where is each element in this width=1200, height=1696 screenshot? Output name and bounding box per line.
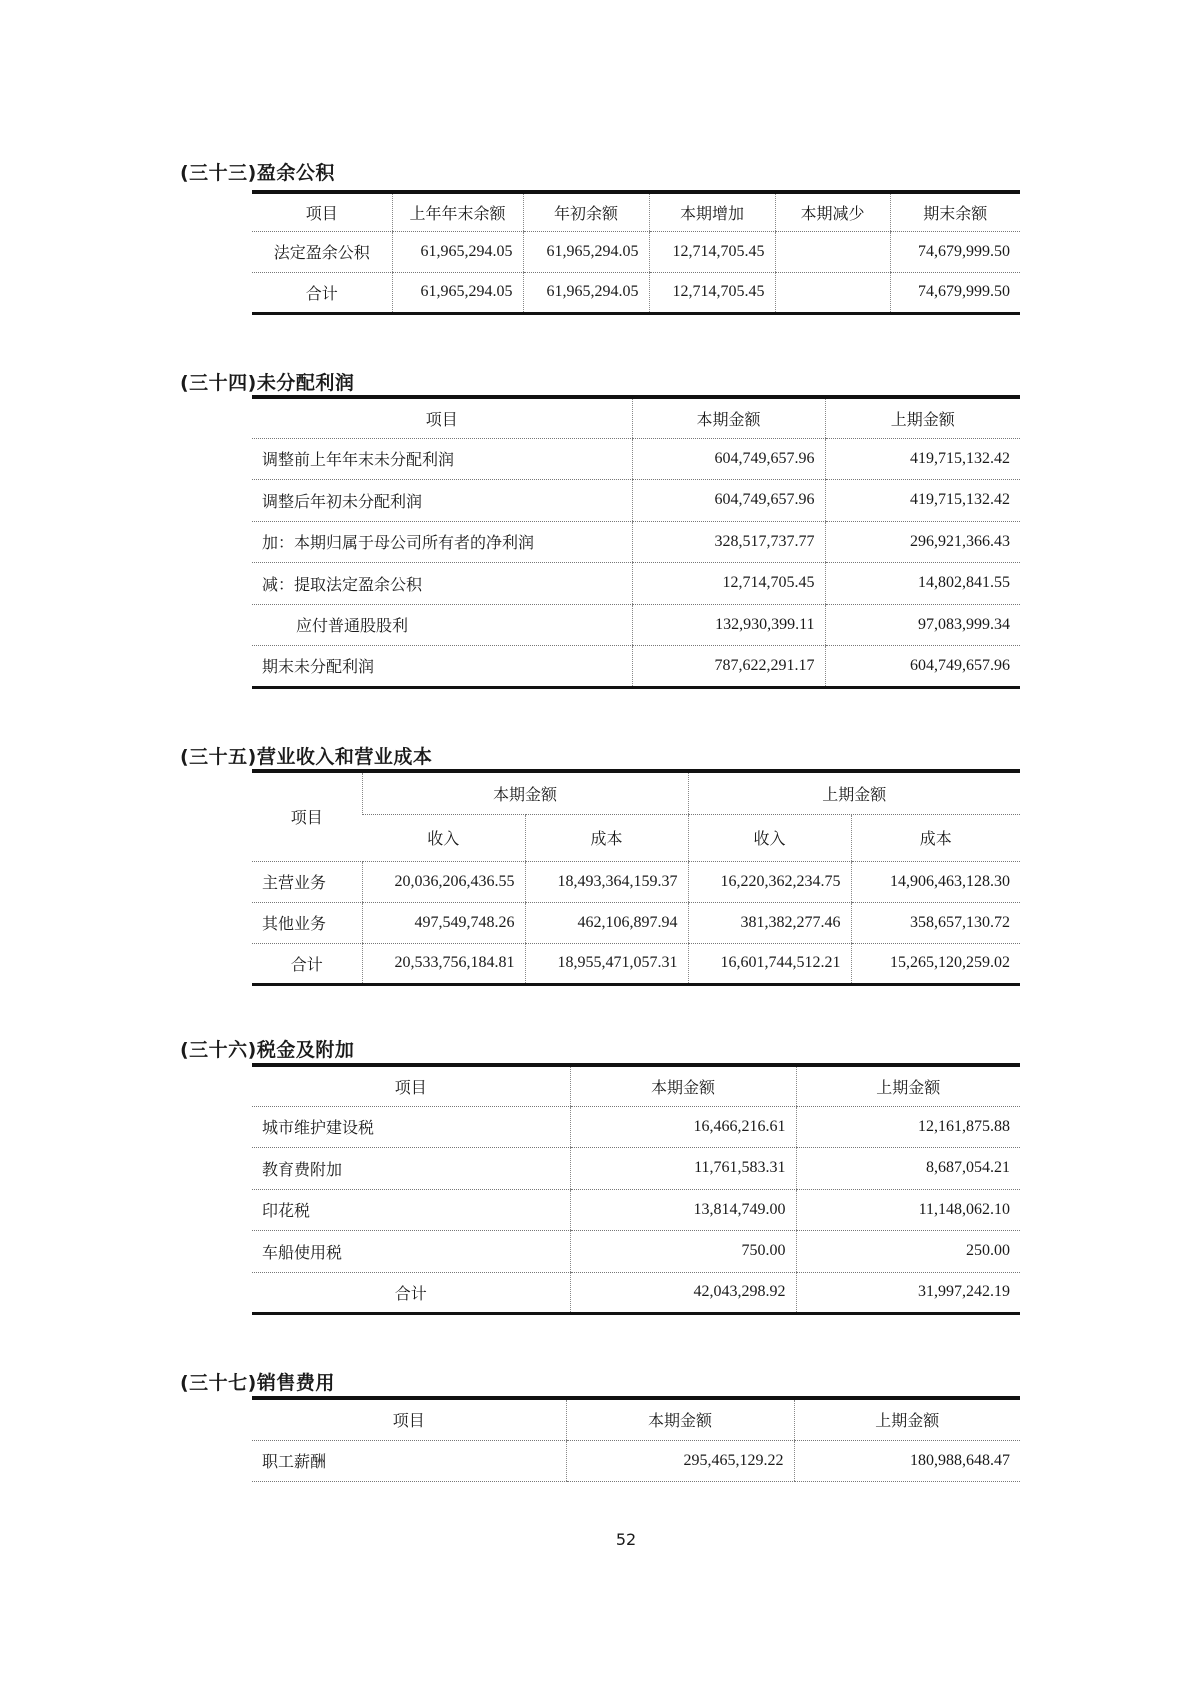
table-row: 加：本期归属于母公司所有者的净利润 328,517,737.77 296,921… bbox=[252, 521, 1020, 563]
table-row-total: 合计 20,533,756,184.81 18,955,471,057.31 1… bbox=[252, 943, 1020, 984]
col-header: 项目 bbox=[252, 1065, 570, 1106]
cell-value: 61,965,294.05 bbox=[523, 231, 649, 272]
row-label: 应付普通股股利 bbox=[252, 604, 632, 646]
cell-value: 180,988,648.47 bbox=[794, 1440, 1020, 1481]
section-title-surplus-reserve: (三十三)盈余公积 bbox=[180, 158, 335, 185]
table-row: 减：提取法定盈余公积 12,714,705.45 14,802,841.55 bbox=[252, 563, 1020, 605]
table-row: 调整后年初未分配利润 604,749,657.96 419,715,132.42 bbox=[252, 480, 1020, 522]
cell-value: 295,465,129.22 bbox=[566, 1440, 794, 1481]
cell-value: 13,814,749.00 bbox=[570, 1189, 796, 1231]
cell-value: 604,749,657.96 bbox=[632, 438, 825, 480]
col-header: 本期金额 bbox=[566, 1398, 794, 1440]
page-number: 52 bbox=[0, 1530, 1200, 1549]
col-header: 本期增加 bbox=[649, 192, 775, 231]
table-subheader-row: 收入 成本 收入 成本 bbox=[252, 814, 1020, 861]
table-header-row: 项目 上年年末余额 年初余额 本期增加 本期减少 期末余额 bbox=[252, 192, 1020, 231]
col-header: 本期金额 bbox=[570, 1065, 796, 1106]
cell-value: 18,955,471,057.31 bbox=[525, 943, 688, 984]
cell-value: 61,965,294.05 bbox=[392, 231, 523, 272]
group-header-prior: 上期金额 bbox=[688, 771, 1020, 814]
group-header-current: 本期金额 bbox=[362, 771, 688, 814]
cell-value: 419,715,132.42 bbox=[825, 438, 1020, 480]
cell-value: 20,533,756,184.81 bbox=[362, 943, 525, 984]
cell-value: 12,161,875.88 bbox=[796, 1106, 1020, 1148]
row-label: 合计 bbox=[252, 272, 392, 313]
cell-value: 462,106,897.94 bbox=[525, 902, 688, 943]
table-row: 印花税 13,814,749.00 11,148,062.10 bbox=[252, 1189, 1020, 1231]
cell-value: 74,679,999.50 bbox=[890, 272, 1020, 313]
revenue-cost-table: 项目 本期金额 上期金额 收入 成本 收入 成本 主营业务 20,036,206… bbox=[252, 769, 1020, 986]
cell-value: 787,622,291.17 bbox=[632, 646, 825, 688]
cell-value: 61,965,294.05 bbox=[392, 272, 523, 313]
cell-value: 12,714,705.45 bbox=[649, 231, 775, 272]
col-header: 期末余额 bbox=[890, 192, 1020, 231]
row-label: 减：提取法定盈余公积 bbox=[252, 563, 632, 605]
cell-value: 14,802,841.55 bbox=[825, 563, 1020, 605]
undistributed-profit-table: 项目 本期金额 上期金额 调整前上年年末未分配利润 604,749,657.96… bbox=[252, 395, 1020, 689]
cell-value: 750.00 bbox=[570, 1231, 796, 1273]
row-label: 主营业务 bbox=[252, 861, 362, 902]
row-label: 合计 bbox=[252, 943, 362, 984]
table-row: 其他业务 497,549,748.26 462,106,897.94 381,3… bbox=[252, 902, 1020, 943]
cell-value: 250.00 bbox=[796, 1231, 1020, 1273]
table-header-row: 项目 本期金额 上期金额 bbox=[252, 397, 1020, 438]
table-row-total: 期末未分配利润 787,622,291.17 604,749,657.96 bbox=[252, 646, 1020, 688]
section-title-revenue-and-cost: (三十五)营业收入和营业成本 bbox=[180, 742, 432, 769]
col-header: 上期金额 bbox=[794, 1398, 1020, 1440]
cell-value: 296,921,366.43 bbox=[825, 521, 1020, 563]
sub-header: 收入 bbox=[362, 814, 525, 861]
cell-value bbox=[775, 231, 890, 272]
cell-value: 12,714,705.45 bbox=[649, 272, 775, 313]
table-header-row: 项目 本期金额 上期金额 bbox=[252, 1065, 1020, 1106]
table-row: 调整前上年年末未分配利润 604,749,657.96 419,715,132.… bbox=[252, 438, 1020, 480]
cell-value: 42,043,298.92 bbox=[570, 1272, 796, 1314]
surplus-reserve-table: 项目 上年年末余额 年初余额 本期增加 本期减少 期末余额 法定盈余公积 61,… bbox=[252, 190, 1020, 315]
row-label: 车船使用税 bbox=[252, 1231, 570, 1273]
table-row: 主营业务 20,036,206,436.55 18,493,364,159.37… bbox=[252, 861, 1020, 902]
cell-value: 16,466,216.61 bbox=[570, 1106, 796, 1148]
cell-value: 497,549,748.26 bbox=[362, 902, 525, 943]
row-label: 职工薪酬 bbox=[252, 1440, 566, 1481]
cell-value: 604,749,657.96 bbox=[825, 646, 1020, 688]
table-row: 职工薪酬 295,465,129.22 180,988,648.47 bbox=[252, 1440, 1020, 1481]
row-label: 法定盈余公积 bbox=[252, 231, 392, 272]
col-header: 项目 bbox=[252, 771, 362, 861]
cell-value: 11,761,583.31 bbox=[570, 1148, 796, 1190]
cell-value: 8,687,054.21 bbox=[796, 1148, 1020, 1190]
cell-value: 419,715,132.42 bbox=[825, 480, 1020, 522]
table-row: 法定盈余公积 61,965,294.05 61,965,294.05 12,71… bbox=[252, 231, 1020, 272]
col-header: 项目 bbox=[252, 192, 392, 231]
row-label: 调整前上年年末未分配利润 bbox=[252, 438, 632, 480]
cell-value: 20,036,206,436.55 bbox=[362, 861, 525, 902]
cell-value: 61,965,294.05 bbox=[523, 272, 649, 313]
cell-value: 74,679,999.50 bbox=[890, 231, 1020, 272]
cell-value: 381,382,277.46 bbox=[688, 902, 851, 943]
col-header: 本期减少 bbox=[775, 192, 890, 231]
cell-value: 12,714,705.45 bbox=[632, 563, 825, 605]
selling-expenses-table: 项目 本期金额 上期金额 职工薪酬 295,465,129.22 180,988… bbox=[252, 1396, 1020, 1482]
sub-header: 成本 bbox=[851, 814, 1020, 861]
table-header-row: 项目 本期金额 上期金额 bbox=[252, 771, 1020, 814]
sub-header: 收入 bbox=[688, 814, 851, 861]
col-header: 项目 bbox=[252, 1398, 566, 1440]
row-label: 其他业务 bbox=[252, 902, 362, 943]
row-label: 印花税 bbox=[252, 1189, 570, 1231]
table-row-total: 合计 42,043,298.92 31,997,242.19 bbox=[252, 1272, 1020, 1314]
cell-value: 15,265,120,259.02 bbox=[851, 943, 1020, 984]
cell-value: 358,657,130.72 bbox=[851, 902, 1020, 943]
col-header: 年初余额 bbox=[523, 192, 649, 231]
section-title-undistributed-profit: (三十四)未分配利润 bbox=[180, 368, 354, 395]
cell-value bbox=[775, 272, 890, 313]
table-header-row: 项目 本期金额 上期金额 bbox=[252, 1398, 1020, 1440]
cell-value: 604,749,657.96 bbox=[632, 480, 825, 522]
cell-value: 97,083,999.34 bbox=[825, 604, 1020, 646]
cell-value: 16,601,744,512.21 bbox=[688, 943, 851, 984]
table-row: 城市维护建设税 16,466,216.61 12,161,875.88 bbox=[252, 1106, 1020, 1148]
row-label: 教育费附加 bbox=[252, 1148, 570, 1190]
col-header: 本期金额 bbox=[632, 397, 825, 438]
row-label: 城市维护建设税 bbox=[252, 1106, 570, 1148]
cell-value: 14,906,463,128.30 bbox=[851, 861, 1020, 902]
table-row: 教育费附加 11,761,583.31 8,687,054.21 bbox=[252, 1148, 1020, 1190]
col-header: 上期金额 bbox=[796, 1065, 1020, 1106]
sub-header: 成本 bbox=[525, 814, 688, 861]
cell-value: 16,220,362,234.75 bbox=[688, 861, 851, 902]
col-header: 上期金额 bbox=[825, 397, 1020, 438]
section-title-selling-expenses: (三十七)销售费用 bbox=[180, 1368, 335, 1395]
taxes-surcharges-table: 项目 本期金额 上期金额 城市维护建设税 16,466,216.61 12,16… bbox=[252, 1063, 1020, 1315]
col-header: 项目 bbox=[252, 397, 632, 438]
cell-value: 31,997,242.19 bbox=[796, 1272, 1020, 1314]
cell-value: 11,148,062.10 bbox=[796, 1189, 1020, 1231]
table-row: 车船使用税 750.00 250.00 bbox=[252, 1231, 1020, 1273]
row-label: 加：本期归属于母公司所有者的净利润 bbox=[252, 521, 632, 563]
table-row-total: 合计 61,965,294.05 61,965,294.05 12,714,70… bbox=[252, 272, 1020, 313]
table-row: 应付普通股股利 132,930,399.11 97,083,999.34 bbox=[252, 604, 1020, 646]
col-header: 上年年末余额 bbox=[392, 192, 523, 231]
row-label: 期末未分配利润 bbox=[252, 646, 632, 688]
section-title-taxes-and-surcharges: (三十六)税金及附加 bbox=[180, 1035, 354, 1062]
cell-value: 132,930,399.11 bbox=[632, 604, 825, 646]
row-label: 合计 bbox=[252, 1272, 570, 1314]
row-label: 调整后年初未分配利润 bbox=[252, 480, 632, 522]
cell-value: 18,493,364,159.37 bbox=[525, 861, 688, 902]
cell-value: 328,517,737.77 bbox=[632, 521, 825, 563]
